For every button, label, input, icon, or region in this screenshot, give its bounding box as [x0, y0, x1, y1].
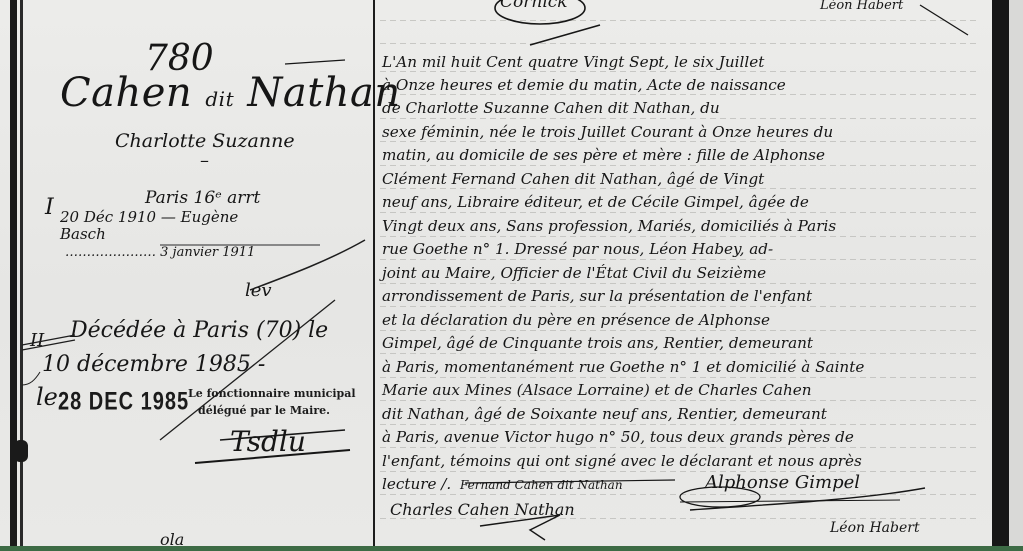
act-text-line: Gimpel, âgé de Cinquante trois ans, Rent… [382, 334, 813, 352]
ruled-line [380, 165, 980, 166]
ruled-line [380, 212, 980, 213]
ruled-line [380, 424, 980, 425]
ruled-line [380, 43, 980, 44]
ruled-line [380, 94, 980, 95]
right-binding-border [992, 0, 1009, 546]
marriage-note-signature: lev [245, 280, 272, 301]
margin-surname: Cahen dit Nathan [60, 70, 401, 116]
marriage-note-line: Basch [60, 225, 106, 243]
act-text-line: lecture /. [382, 475, 451, 493]
ruled-line [380, 377, 980, 378]
viewer-bottom-bar [0, 546, 1023, 551]
border-ink-blot [14, 440, 28, 462]
act-text-line: neuf ans, Libraire éditeur, et de Cécile… [382, 193, 809, 211]
ruled-line [380, 494, 980, 495]
surname-first: Cahen [60, 70, 192, 116]
margin-given-names: Charlotte Suzanne [115, 130, 295, 152]
act-text-line: arrondissement de Paris, sur la présenta… [382, 287, 812, 305]
ruled-line [380, 353, 980, 354]
act-text-line: Marie aux Mines (Alsace Lorraine) et de … [382, 381, 812, 399]
left-binding-border [10, 0, 17, 546]
signature-witness-alphonse: Alphonse Gimpel [705, 472, 860, 493]
death-note-number: II [30, 330, 44, 351]
marriage-note-line: ………………… 3 janvier 1911 [65, 245, 255, 260]
death-note-line: 10 décembre 1985 - [42, 352, 265, 377]
ruled-line [380, 141, 980, 142]
act-text-line: Vingt deux ans, Sans profession, Mariés,… [382, 217, 836, 235]
act-text-line: dit Nathan, âgé de Soixante neuf ans, Re… [382, 405, 827, 423]
act-text-line: rue Goethe n° 1. Dressé par nous, Léon H… [382, 240, 773, 258]
act-text-line: matin, au domicile de ses père et mère :… [382, 146, 825, 164]
date-stamp: 28 DEC 1985 [58, 388, 189, 417]
margin-dash: – [200, 150, 209, 171]
act-text-line: sexe féminin, née le trois Juillet Coura… [382, 123, 833, 141]
ruled-line [380, 400, 980, 401]
death-note-prefix: le [36, 383, 58, 411]
marriage-note-line: 20 Déc 1910 — Eugène [60, 208, 238, 226]
act-text-line: L'An mil huit Cent quatre Vingt Sept, le… [382, 53, 764, 71]
previous-act-signature: Léon Habert [820, 0, 903, 13]
ruled-line [380, 118, 980, 119]
act-text-line: et la déclaration du père en présence de… [382, 311, 770, 329]
ruled-line [380, 20, 980, 21]
stamp-title-line: délégué par le Maire. [188, 402, 356, 419]
left-inner-border [20, 0, 23, 546]
previous-act-signature: Cornick [500, 0, 568, 12]
right-page-edge [1009, 0, 1023, 546]
act-text-line: joint au Maire, Officier de l'État Civil… [382, 264, 766, 282]
surname-alias: Nathan [247, 70, 400, 116]
act-text-line: à Paris, avenue Victor hugo n° 50, tous … [382, 428, 854, 446]
signature-witness-charles: Charles Cahen Nathan [390, 500, 575, 519]
register-page: 780 Cahen dit Nathan Charlotte Suzanne –… [0, 0, 1023, 546]
ruled-line [380, 471, 980, 472]
official-title-stamp: Le fonctionnaire municipal délégué par l… [188, 385, 356, 419]
stamp-title-line: Le fonctionnaire municipal [188, 385, 356, 402]
signature-father: Fernand Cahen dit Nathan [460, 478, 623, 492]
surname-dit: dit [205, 87, 234, 111]
act-text-line: de Charlotte Suzanne Cahen dit Nathan, d… [382, 99, 720, 117]
ruled-line [380, 188, 980, 189]
act-text-line: à Paris, momentanément rue Goethe n° 1 e… [382, 358, 864, 376]
signature-officer: Léon Habert [830, 520, 920, 536]
ruled-line [380, 447, 980, 448]
death-note-line: Décédée à Paris (70) le [70, 318, 328, 343]
marriage-note-number: I [45, 195, 54, 220]
act-text-line: Clément Fernand Cahen dit Nathan, âgé de… [382, 170, 764, 188]
ruled-line [380, 330, 980, 331]
ruled-line [380, 259, 980, 260]
ruled-line [380, 306, 980, 307]
ruled-line [380, 283, 980, 284]
official-signature: Tsdlu [230, 425, 306, 458]
marriage-note-line: Paris 16ᵉ arrt [145, 188, 260, 208]
act-text-line: à Onze heures et demie du matin, Acte de… [382, 76, 786, 94]
act-text-line: l'enfant, témoins qui ont signé avec le … [382, 452, 862, 470]
ruled-line [380, 236, 980, 237]
ruled-line [380, 71, 980, 72]
